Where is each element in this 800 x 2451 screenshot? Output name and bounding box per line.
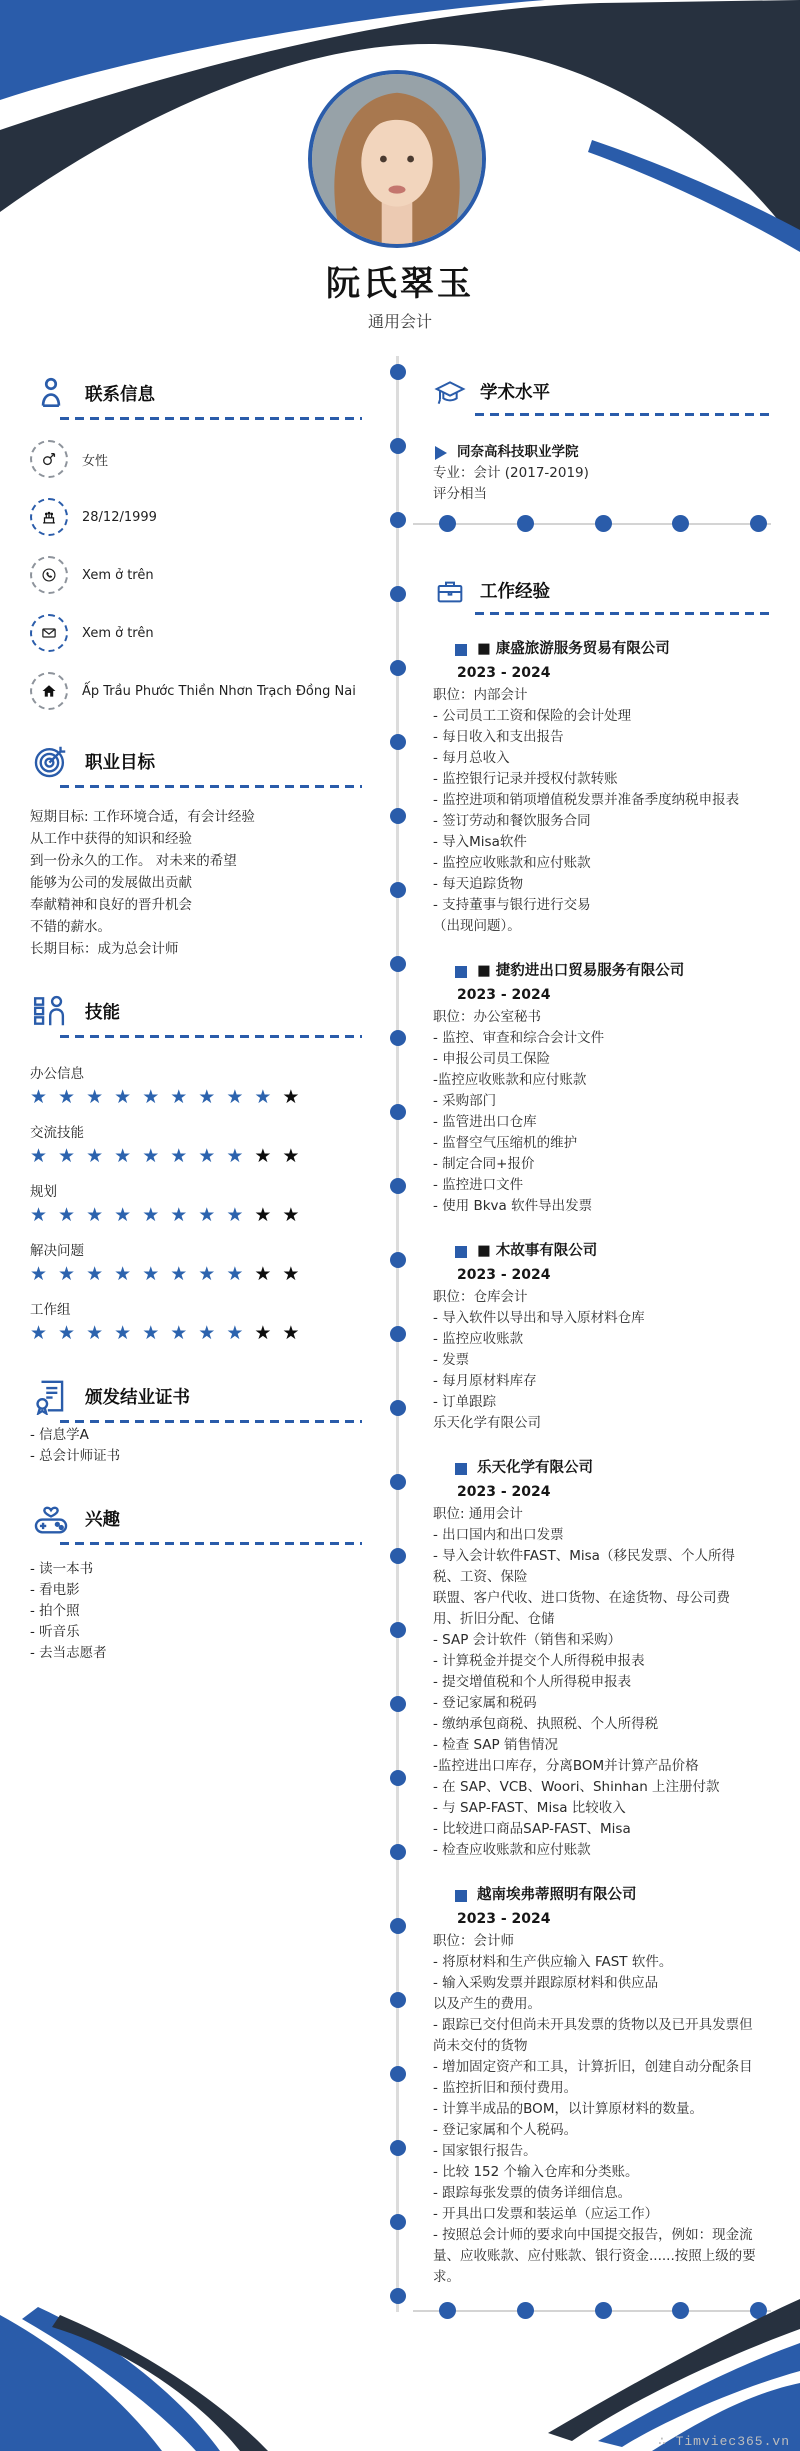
job-detail-line: - 登记家属和税码 xyxy=(433,1693,771,1714)
job-detail-line: - 计算税金并提交个人所得税申报表 xyxy=(433,1651,771,1672)
company-name: ■ 捷豹进出口贸易服务有限公司 xyxy=(477,961,684,982)
job-detail-line: - 监控银行记录并授权付款转账 xyxy=(433,769,771,790)
job-period: 2023 - 2024 xyxy=(457,663,771,684)
job-company-row: 越南埃弗蒂照明有限公司 xyxy=(455,1885,771,1906)
contact-item: 女性 xyxy=(30,440,362,478)
experience-section-header: 工作经验 xyxy=(433,575,771,609)
timeline-dot-icon xyxy=(390,1400,406,1416)
star-icon: ★ xyxy=(226,1262,243,1286)
experience-section: 工作经验 ■ 康盛旅游服务贸易有限公司2023 - 2024职位：内部会计- 公… xyxy=(433,575,771,2320)
job-detail-line: - 制定合同+报价 xyxy=(433,1154,771,1175)
checklist-person-icon xyxy=(30,990,72,1032)
timeline-dot-icon xyxy=(390,882,406,898)
company-name: ■ 木故事有限公司 xyxy=(477,1241,597,1262)
job-detail-line: - 比较进口商品SAP-FAST、Misa xyxy=(433,1819,771,1840)
star-icon: ★ xyxy=(226,1085,243,1109)
job-detail-line: - 登记家属和个人税码。 xyxy=(433,2120,771,2141)
birthday-icon xyxy=(30,498,68,536)
objective-line: 奉献精神和良好的晋升机会 xyxy=(30,894,362,916)
job-detail-line: - 支持董事与银行进行交易 xyxy=(433,895,771,916)
job-detail-line: - 将原材料和生产供应输入 FAST 软件。 xyxy=(433,1952,771,1973)
star-icon: ★ xyxy=(114,1085,131,1109)
objective-line: 长期目标：成为总会计师 xyxy=(30,938,362,960)
job-detail-line: - 导入软件以导出和导入原材料仓库 xyxy=(433,1308,771,1329)
star-icon: ★ xyxy=(114,1203,131,1227)
contact-section-header: 联系信息 xyxy=(30,372,362,414)
footer-decoration xyxy=(0,2271,800,2451)
star-icon: ★ xyxy=(114,1262,131,1286)
gamepad-heart-icon xyxy=(30,1497,72,1539)
skill-label: 解决问题 xyxy=(30,1239,362,1259)
star-icon: ★ xyxy=(198,1203,215,1227)
star-rating: ★★★★★★★★★★ xyxy=(30,1203,362,1227)
job-detail-line: - 计算半成品的BOM，以计算原材料的数量。 xyxy=(433,2099,771,2120)
job-detail-line: - 监控折旧和预付费用。 xyxy=(433,2078,771,2099)
star-icon: ★ xyxy=(142,1203,159,1227)
timeline-dot-icon xyxy=(390,438,406,454)
certificate-icon xyxy=(30,1375,72,1417)
dashed-divider xyxy=(475,413,771,416)
star-icon: ★ xyxy=(58,1321,75,1345)
contact-item: Xem ở trên xyxy=(30,614,362,652)
job-detail-line: - 发票 xyxy=(433,1350,771,1371)
timeline-dot-icon xyxy=(390,660,406,676)
job-detail-line: - 订单跟踪 xyxy=(433,1392,771,1413)
timeline-dot-icon xyxy=(390,734,406,750)
job-detail-line: - 监控应收账款和应付账款 xyxy=(433,853,771,874)
timeline-dot-icon xyxy=(390,1178,406,1194)
person-icon xyxy=(30,372,72,414)
job-detail-line: （出现问题）。 xyxy=(433,916,771,937)
rating-dot-icon xyxy=(595,515,612,532)
objective-section-title: 职业目标 xyxy=(85,749,155,774)
rating-dots xyxy=(439,515,767,532)
star-rating: ★★★★★★★★★★ xyxy=(30,1262,362,1286)
job-details: - 出口国内和出口发票- 导入会计软件FAST、Misa（移民发票、个人所得税、… xyxy=(433,1525,771,1861)
job-detail-line: - 每日收入和支出报告 xyxy=(433,727,771,748)
square-bullet-icon xyxy=(455,644,467,656)
interest-item: - 看电影 xyxy=(30,1580,362,1601)
watermark: ∴ Timviec365.vn xyxy=(658,2434,790,2449)
rating-dot-icon xyxy=(439,515,456,532)
star-icon: ★ xyxy=(254,1321,271,1345)
star-icon: ★ xyxy=(170,1203,187,1227)
timeline-dot-icon xyxy=(390,2066,406,2082)
job-detail-line: - 每月总收入 xyxy=(433,748,771,769)
job-details: - 导入软件以导出和导入原材料仓库- 监控应收账款- 发票- 每月原材料库存- … xyxy=(433,1308,771,1434)
target-icon xyxy=(30,740,72,782)
job-details: - 公司员工工资和保险的会计处理- 每日收入和支出报告- 每月总收入- 监控银行… xyxy=(433,706,771,937)
school-name: 同奈高科技职业学院 xyxy=(457,442,579,463)
contact-item: Xem ở trên xyxy=(30,556,362,594)
gender-icon xyxy=(30,440,68,478)
job-role: 职位：仓库会计 xyxy=(433,1287,771,1308)
interest-item: - 读一本书 xyxy=(30,1559,362,1580)
job-period: 2023 - 2024 xyxy=(457,1482,771,1503)
experience-section-title: 工作经验 xyxy=(480,582,550,603)
timeline-dot-icon xyxy=(390,1548,406,1564)
contact-item: 28/12/1999 xyxy=(30,498,362,536)
company-name: ■ 康盛旅游服务贸易有限公司 xyxy=(477,639,670,660)
contact-text: Xem ở trên xyxy=(82,568,154,583)
job-detail-line: - 国家银行报告。 xyxy=(433,2141,771,2162)
job-detail-line: - 监控进口文件 xyxy=(433,1175,771,1196)
interests-section-title: 兴趣 xyxy=(85,1506,120,1531)
star-icon: ★ xyxy=(170,1085,187,1109)
job-role: 职位: 通用会计 xyxy=(433,1504,771,1525)
job-detail-line: - 检查应收账款和应付账款 xyxy=(433,1840,771,1861)
skill-item: 交流技能★★★★★★★★★★ xyxy=(30,1121,362,1168)
candidate-title: 通用会计 xyxy=(0,309,800,332)
job-detail-line: - 导入Misa软件 xyxy=(433,832,771,853)
star-icon: ★ xyxy=(30,1085,47,1109)
interest-list: - 读一本书- 看电影- 拍个照- 听音乐- 去当志愿者 xyxy=(30,1559,362,1664)
job-period: 2023 - 2024 xyxy=(457,1265,771,1286)
skills-list: 办公信息★★★★★★★★★★交流技能★★★★★★★★★★规划★★★★★★★★★★… xyxy=(30,1062,362,1345)
job-detail-line: - 导入会计软件FAST、Misa（移民发票、个人所得 xyxy=(433,1546,771,1567)
skill-item: 办公信息★★★★★★★★★★ xyxy=(30,1062,362,1109)
job-detail-line: 以及产生的费用。 xyxy=(433,1994,771,2015)
job-details: - 将原材料和生产供应输入 FAST 软件。- 输入采购发票并跟踪原材料和供应品… xyxy=(433,1952,771,2288)
briefcase-icon xyxy=(433,575,467,609)
job-role: 职位：办公室秘书 xyxy=(433,1007,771,1028)
skill-item: 工作组★★★★★★★★★★ xyxy=(30,1298,362,1345)
star-icon: ★ xyxy=(282,1144,299,1168)
job-detail-line: -监控应收账款和应付账款 xyxy=(433,1070,771,1091)
job-detail-line: - 监控、审查和综合会计文件 xyxy=(433,1028,771,1049)
job-detail-line: 乐天化学有限公司 xyxy=(433,1413,771,1434)
square-bullet-icon xyxy=(455,1890,467,1902)
job-detail-line: 税、工资、保险 xyxy=(433,1567,771,1588)
objective-line: 短期目标: 工作环境合适，有会计经验 xyxy=(30,806,362,828)
objective-line: 不错的薪水。 xyxy=(30,916,362,938)
star-icon: ★ xyxy=(114,1144,131,1168)
job-company-row: ■ 木故事有限公司 xyxy=(455,1241,771,1262)
job-detail-line: - 缴纳承包商税、执照税、个人所得税 xyxy=(433,1714,771,1735)
job-role: 职位：会计师 xyxy=(433,1931,771,1952)
timeline-dot-icon xyxy=(390,1104,406,1120)
job-role: 职位：内部会计 xyxy=(433,685,771,706)
certificates-section-header: 颁发结业证书 xyxy=(30,1375,362,1417)
star-icon: ★ xyxy=(30,1321,47,1345)
skills-section-title: 技能 xyxy=(85,999,120,1024)
star-icon: ★ xyxy=(58,1144,75,1168)
job-detail-line: - 与 SAP-FAST、Misa 比较收入 xyxy=(433,1798,771,1819)
objective-line: 能够为公司的发展做出贡献 xyxy=(30,872,362,894)
star-rating: ★★★★★★★★★★ xyxy=(30,1321,362,1345)
job-detail-line: - 申报公司员工保险 xyxy=(433,1049,771,1070)
star-icon: ★ xyxy=(198,1085,215,1109)
phone-icon xyxy=(30,556,68,594)
job-detail-line: - 监控应收账款 xyxy=(433,1329,771,1350)
contact-text: 女性 xyxy=(82,450,108,469)
job-detail-line: - 跟踪已交付但尚未开具发票的货物以及已开具发票但 xyxy=(433,2015,771,2036)
star-icon: ★ xyxy=(226,1144,243,1168)
job-period: 2023 - 2024 xyxy=(457,1909,771,1930)
timeline-dot-icon xyxy=(390,1622,406,1638)
star-icon: ★ xyxy=(86,1144,103,1168)
skill-label: 办公信息 xyxy=(30,1062,362,1082)
job-detail-line: - SAP 会计软件（销售和采购） xyxy=(433,1630,771,1651)
job-entry: ■ 木故事有限公司2023 - 2024职位：仓库会计- 导入软件以导出和导入原… xyxy=(433,1241,771,1434)
certificate-item: - 信息学A xyxy=(30,1425,362,1446)
skill-item: 解决问题★★★★★★★★★★ xyxy=(30,1239,362,1286)
education-grade: 评分相当 xyxy=(433,484,771,505)
skill-item: 规划★★★★★★★★★★ xyxy=(30,1180,362,1227)
job-company-row: 乐天化学有限公司 xyxy=(455,1458,771,1479)
contact-section: 联系信息 女性28/12/1999Xem ở trênXem ở trênẤp … xyxy=(30,372,362,710)
dashed-divider xyxy=(60,1542,362,1545)
job-detail-line: - 公司员工工资和保险的会计处理 xyxy=(433,706,771,727)
job-detail-line: - 检查 SAP 销售情况 xyxy=(433,1735,771,1756)
star-icon: ★ xyxy=(254,1262,271,1286)
skill-label: 规划 xyxy=(30,1180,362,1200)
star-icon: ★ xyxy=(170,1144,187,1168)
timeline-dot-icon xyxy=(390,2214,406,2230)
star-icon: ★ xyxy=(86,1262,103,1286)
objective-section: 职业目标 短期目标: 工作环境合适，有会计经验从工作中获得的知识和经验到一份永久… xyxy=(30,740,362,960)
star-icon: ★ xyxy=(86,1085,103,1109)
objective-text: 短期目标: 工作环境合适，有会计经验从工作中获得的知识和经验到一份永久的工作。 … xyxy=(30,806,362,960)
job-detail-line: - 比较 152 个输入仓库和分类账。 xyxy=(433,2162,771,2183)
job-entry: ■ 捷豹进出口贸易服务有限公司2023 - 2024职位：办公室秘书- 监控、审… xyxy=(433,961,771,1217)
timeline-dot-icon xyxy=(390,1918,406,1934)
education-section-title: 学术水平 xyxy=(480,383,550,404)
certificates-section: 颁发结业证书 - 信息学A- 总会计师证书 xyxy=(30,1375,362,1467)
job-detail-line: - 监督空气压缩机的维护 xyxy=(433,1133,771,1154)
candidate-name: 阮氏翠玉 xyxy=(0,256,800,305)
star-icon: ★ xyxy=(282,1321,299,1345)
education-section-header: 学术水平 xyxy=(433,376,771,410)
home-icon xyxy=(30,672,68,710)
star-icon: ★ xyxy=(58,1203,75,1227)
certificates-section-title: 颁发结业证书 xyxy=(85,1384,190,1409)
timeline-dot-icon xyxy=(390,1474,406,1490)
timeline-dot-icon xyxy=(390,1696,406,1712)
square-bullet-icon xyxy=(455,1463,467,1475)
star-icon: ★ xyxy=(282,1262,299,1286)
timeline-dot-icon xyxy=(390,1326,406,1342)
star-icon: ★ xyxy=(254,1085,271,1109)
portrait-illustration xyxy=(312,74,482,244)
job-detail-line: - 在 SAP、VCB、Woori、Shinhan 上注册付款 xyxy=(433,1777,771,1798)
objective-line: 从工作中获得的知识和经验 xyxy=(30,828,362,850)
skills-section-header: 技能 xyxy=(30,990,362,1032)
star-icon: ★ xyxy=(170,1321,187,1345)
job-company-row: ■ 康盛旅游服务贸易有限公司 xyxy=(455,639,771,660)
interests-section-header: 兴趣 xyxy=(30,1497,362,1539)
job-detail-line: - 使用 Bkva 软件导出发票 xyxy=(433,1196,771,1217)
skill-label: 工作组 xyxy=(30,1298,362,1318)
star-icon: ★ xyxy=(282,1085,299,1109)
star-icon: ★ xyxy=(198,1144,215,1168)
timeline-dot-icon xyxy=(390,1992,406,2008)
company-name: 乐天化学有限公司 xyxy=(477,1458,593,1479)
job-detail-line: 量、应收账款、应付账款、银行资金......按照上级的要 xyxy=(433,2246,771,2267)
email-icon xyxy=(30,614,68,652)
timeline-dot-icon xyxy=(390,1030,406,1046)
job-entry: ■ 康盛旅游服务贸易有限公司2023 - 2024职位：内部会计- 公司员工工资… xyxy=(433,639,771,937)
education-major: 专业：会计 (2017-2019) xyxy=(433,463,771,484)
square-bullet-icon xyxy=(455,1246,467,1258)
timeline-dot-icon xyxy=(390,586,406,602)
job-detail-line: - 跟踪每张发票的债务详细信息。 xyxy=(433,2183,771,2204)
star-icon: ★ xyxy=(58,1085,75,1109)
star-icon: ★ xyxy=(114,1321,131,1345)
star-icon: ★ xyxy=(30,1144,47,1168)
contact-section-title: 联系信息 xyxy=(85,381,155,406)
contact-item: Ấp Trầu Phước Thiền Nhơn Trạch Đồng Nai xyxy=(30,672,362,710)
skills-section: 技能 办公信息★★★★★★★★★★交流技能★★★★★★★★★★规划★★★★★★★… xyxy=(30,990,362,1345)
dashed-divider xyxy=(475,612,771,615)
job-detail-line: - 提交增值税和个人所得税申报表 xyxy=(433,1672,771,1693)
contact-text: Ấp Trầu Phước Thiền Nhơn Trạch Đồng Nai xyxy=(82,684,356,699)
star-icon: ★ xyxy=(142,1262,159,1286)
star-icon: ★ xyxy=(254,1144,271,1168)
star-icon: ★ xyxy=(254,1203,271,1227)
star-icon: ★ xyxy=(282,1203,299,1227)
school-row: 同奈高科技职业学院 xyxy=(435,442,771,463)
star-icon: ★ xyxy=(86,1203,103,1227)
interest-item: - 听音乐 xyxy=(30,1622,362,1643)
objective-section-header: 职业目标 xyxy=(30,740,362,782)
star-icon: ★ xyxy=(86,1321,103,1345)
star-rating: ★★★★★★★★★★ xyxy=(30,1085,362,1109)
star-icon: ★ xyxy=(142,1085,159,1109)
dashed-divider xyxy=(60,785,362,788)
job-detail-line: - 增加固定资产和工具，计算折旧，创建自动分配条目 xyxy=(433,2057,771,2078)
dashed-divider xyxy=(60,1420,362,1423)
star-icon: ★ xyxy=(30,1203,47,1227)
objective-line: 到一份永久的工作。 对未来的希望 xyxy=(30,850,362,872)
certificate-list: - 信息学A- 总会计师证书 xyxy=(30,1425,362,1467)
job-detail-line: - 每天追踪货物 xyxy=(433,874,771,895)
job-detail-line: - 开具出口发票和装运单（应运工作） xyxy=(433,2204,771,2225)
star-rating: ★★★★★★★★★★ xyxy=(30,1144,362,1168)
timeline-dot-icon xyxy=(390,364,406,380)
job-detail-line: 用、折旧分配、仓储 xyxy=(433,1609,771,1630)
job-list: ■ 康盛旅游服务贸易有限公司2023 - 2024职位：内部会计- 公司员工工资… xyxy=(433,639,771,2288)
contact-list: 女性28/12/1999Xem ở trênXem ở trênẤp Trầu … xyxy=(30,440,362,710)
square-bullet-icon xyxy=(455,966,467,978)
timeline-dot-icon xyxy=(390,1844,406,1860)
timeline-dot-icon xyxy=(390,956,406,972)
job-detail-line: - 采购部门 xyxy=(433,1091,771,1112)
timeline-dot-icon xyxy=(390,808,406,824)
job-company-row: ■ 捷豹进出口贸易服务有限公司 xyxy=(455,961,771,982)
interest-item: - 去当志愿者 xyxy=(30,1643,362,1664)
job-detail-line: 联盟、客户代收、进口货物、在途货物、母公司费 xyxy=(433,1588,771,1609)
dashed-divider xyxy=(60,1035,362,1038)
job-detail-line: - 每月原材料库存 xyxy=(433,1371,771,1392)
star-icon: ★ xyxy=(226,1321,243,1345)
graduation-cap-icon xyxy=(433,376,467,410)
interests-section: 兴趣 - 读一本书- 看电影- 拍个照- 听音乐- 去当志愿者 xyxy=(30,1497,362,1664)
star-icon: ★ xyxy=(142,1321,159,1345)
job-detail-line: - 输入采购发票并跟踪原材料和供应品 xyxy=(433,1973,771,1994)
resume-page: 阮氏翠玉 通用会计 联系信息 女性28/12/1999Xem ở trênXem… xyxy=(0,0,800,2451)
company-name: 越南埃弗蒂照明有限公司 xyxy=(477,1885,637,1906)
contact-text: Xem ở trên xyxy=(82,626,154,641)
certificate-item: - 总会计师证书 xyxy=(30,1446,362,1467)
education-section: 学术水平 同奈高科技职业学院 专业：会计 (2017-2019) 评分相当 xyxy=(433,376,771,533)
star-icon: ★ xyxy=(142,1144,159,1168)
job-detail-line: -监控进出口库存，分离BOM并计算产品价格 xyxy=(433,1756,771,1777)
star-icon: ★ xyxy=(198,1321,215,1345)
job-detail-line: - 签订劳动和餐饮服务合同 xyxy=(433,811,771,832)
right-column: 学术水平 同奈高科技职业学院 专业：会计 (2017-2019) 评分相当 xyxy=(433,376,771,2320)
left-column: 联系信息 女性28/12/1999Xem ở trênXem ở trênẤp … xyxy=(30,372,362,1664)
triangle-bullet-icon xyxy=(435,446,447,460)
timeline-dot-icon xyxy=(390,2140,406,2156)
job-period: 2023 - 2024 xyxy=(457,985,771,1006)
job-detail-line: - 出口国内和出口发票 xyxy=(433,1525,771,1546)
job-details: - 监控、审查和综合会计文件- 申报公司员工保险-监控应收账款和应付账款- 采购… xyxy=(433,1028,771,1217)
profile-photo xyxy=(308,70,486,248)
timeline-dot-icon xyxy=(390,512,406,528)
skill-label: 交流技能 xyxy=(30,1121,362,1141)
education-rating-bar xyxy=(413,515,771,533)
rating-dot-icon xyxy=(750,515,767,532)
job-entry: 乐天化学有限公司2023 - 2024职位: 通用会计- 出口国内和出口发票- … xyxy=(433,1458,771,1861)
contact-text: 28/12/1999 xyxy=(82,510,157,525)
star-icon: ★ xyxy=(226,1203,243,1227)
rating-dot-icon xyxy=(517,515,534,532)
star-icon: ★ xyxy=(58,1262,75,1286)
job-detail-line: 尚未交付的货物 xyxy=(433,2036,771,2057)
timeline-dot-icon xyxy=(390,1252,406,1268)
job-entry: 越南埃弗蒂照明有限公司2023 - 2024职位：会计师- 将原材料和生产供应输… xyxy=(433,1885,771,2288)
star-icon: ★ xyxy=(170,1262,187,1286)
star-icon: ★ xyxy=(198,1262,215,1286)
job-detail-line: - 按照总会计师的要求向中国提交报告，例如：现金流 xyxy=(433,2225,771,2246)
dashed-divider xyxy=(60,417,362,420)
job-detail-line: - 监管进出口仓库 xyxy=(433,1112,771,1133)
interest-item: - 拍个照 xyxy=(30,1601,362,1622)
rating-dot-icon xyxy=(672,515,689,532)
star-icon: ★ xyxy=(30,1262,47,1286)
timeline-dot-icon xyxy=(390,1770,406,1786)
job-detail-line: - 监控进项和销项增值税发票并准备季度纳税申报表 xyxy=(433,790,771,811)
